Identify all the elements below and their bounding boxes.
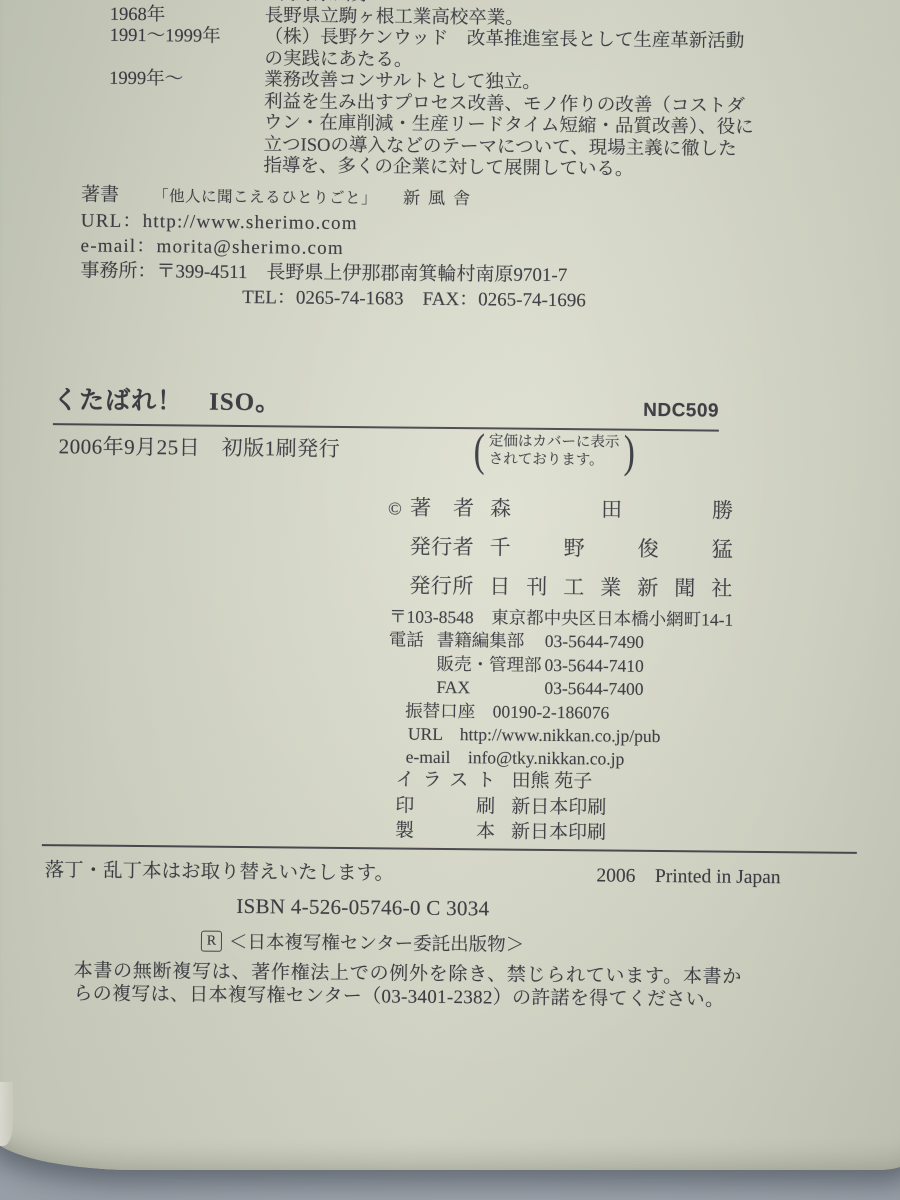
isbn-line: ISBN 4-526-05746-0 C 3034 <box>236 894 489 921</box>
exchange-note: 落丁・乱丁本はお取り替えいたします。 <box>45 854 395 885</box>
works-label: 著書 <box>81 182 139 208</box>
credit-row-author: © 著者 森田勝 <box>388 491 733 524</box>
phone-label <box>389 652 437 676</box>
edition-row: 2006年9月25日 初版1刷発行 ( 定価はカバーに表示 されております。 ) <box>58 424 636 474</box>
credit-value: 日刊工業新聞社 <box>489 570 732 602</box>
footer-row: 落丁・乱丁本はお取り替えいたします。 2006 Printed in Japan <box>45 854 781 889</box>
author-bio: 生まれ 長野県出身 1968年 長野県立駒ヶ根工業高校卒業。 1991〜1999… <box>108 0 758 182</box>
price-paren-open: ( <box>473 428 484 472</box>
phone-dept: 販売・管理部 <box>437 653 545 677</box>
phone-row: FAX 03-5644-7400 <box>388 676 732 703</box>
credit-value: 田熊 苑子 <box>511 769 592 795</box>
divider-rule <box>42 844 857 854</box>
credit-label: 発行所 <box>409 570 473 601</box>
author-contact-info: 著書「他人に聞こえるひとりごと」新風舎 URL：http://www.sheri… <box>80 182 801 315</box>
print-row: 印刷 新日本印刷 <box>395 793 606 821</box>
book-title: くたばれ！ ISO。 <box>53 380 281 418</box>
edition-date: 2006年9月25日 初版1刷発行 <box>59 424 341 463</box>
phone-dept: 書籍編集部 <box>437 629 545 653</box>
phone-number: 03-5644-7410 <box>544 654 643 678</box>
phone-label <box>388 676 436 700</box>
credit-value: 新日本印刷 <box>511 820 606 847</box>
jrrc-text: ＜日本複写権センター委託出版物＞ <box>229 928 525 957</box>
credit-label: 製本 <box>395 819 495 846</box>
credit-label: 著者 <box>410 492 474 523</box>
bio-year: 1999年〜 <box>109 69 264 92</box>
credits-block: © 著者 森田勝 発行者 千野俊猛 発行所 日刊工業新聞社 <box>387 491 733 611</box>
book-colophon-photo: 生まれ 長野県出身 1968年 長野県立駒ヶ根工業高校卒業。 1991〜1999… <box>0 0 900 1200</box>
price-paren-close: ) <box>623 430 634 474</box>
bio-year <box>108 90 264 177</box>
price-note-text: 定価はカバーに表示 されております。 <box>489 432 620 469</box>
phone-number: 03-5644-7400 <box>544 677 643 701</box>
credit-label: 発行者 <box>410 531 474 562</box>
bio-desc: （株）長野ケンウッド 改革推進室長として生産革新活動の実践にあたる。 <box>264 27 754 75</box>
binding-row: 製本 新日本印刷 <box>395 819 606 847</box>
furikae-line: 振替口座 00190-2-186076 <box>388 699 732 726</box>
bio-desc: 利益を生み出すプロセス改善、モノ作りの改善（コストダウン・在庫削減・生産リードタ… <box>263 92 754 183</box>
bio-year: 1968年 <box>110 4 265 27</box>
publisher-url-line: URL http://www.nikkan.co.jp/pub <box>388 722 732 749</box>
registered-mark-icon: R <box>201 930 222 951</box>
phone-number: 03-5644-7490 <box>545 630 644 654</box>
phone-label: 電話 <box>389 629 437 653</box>
phone-dept: FAX <box>436 676 544 700</box>
price-note: ( 定価はカバーに表示 されております。 ) <box>471 428 637 474</box>
credit-row-publisher-person: 発行者 千野俊猛 <box>388 530 733 563</box>
price-note-line2: されております。 <box>489 451 604 468</box>
works-title: 「他人に聞こえるひとりごと」 <box>153 188 377 207</box>
credit-value: 新日本印刷 <box>511 794 606 821</box>
credit-label: 印刷 <box>395 793 495 820</box>
production-credits: イラスト 田熊 苑子 印刷 新日本印刷 製本 新日本印刷 <box>395 767 607 846</box>
bio-row: 利益を生み出すプロセス改善、モノ作りの改善（コストダウン・在庫削減・生産リードタ… <box>108 90 757 182</box>
bio-row: 1991〜1999年 （株）長野ケンウッド 改革推進室長として生産革新活動の実践… <box>109 26 757 75</box>
works-publisher: 新風舎 <box>403 189 478 209</box>
publisher-details: 〒103-8548 東京都中央区日本橋小網町14-1 電話 書籍編集部 03-5… <box>388 605 734 772</box>
credit-row-publisher-company: 発行所 日刊工業新聞社 <box>387 569 732 602</box>
copyright-icon: © <box>388 498 410 519</box>
page-content: 生まれ 長野県出身 1968年 長野県立駒ヶ根工業高校卒業。 1991〜1999… <box>0 0 900 1200</box>
jrrc-line: R ＜日本複写権センター委託出版物＞ <box>201 928 525 957</box>
phone-row: 電話 書籍編集部 03-5644-7490 <box>389 629 733 656</box>
ndc-code: NDC509 <box>643 400 719 423</box>
credit-value: 千野俊猛 <box>490 531 733 563</box>
title-rule-row: くたばれ！ ISO。 NDC509 <box>53 380 719 431</box>
price-note-line1: 定価はカバーに表示 <box>489 433 620 450</box>
credit-label: イラスト <box>395 767 495 794</box>
illustrator-row: イラスト 田熊 苑子 <box>395 767 606 795</box>
printed-in-japan: 2006 Printed in Japan <box>596 859 780 889</box>
copy-notice: 本書の無断複写は、著作権法上での例外を除き、禁じられています。本書からの複写は、… <box>73 960 741 1011</box>
phone-row: 販売・管理部 03-5644-7410 <box>389 652 733 679</box>
bio-year: 1991〜1999年 <box>109 26 264 70</box>
postal-line: 〒103-8548 東京都中央区日本橋小網町14-1 <box>389 605 733 632</box>
credit-value: 森田勝 <box>490 492 733 524</box>
